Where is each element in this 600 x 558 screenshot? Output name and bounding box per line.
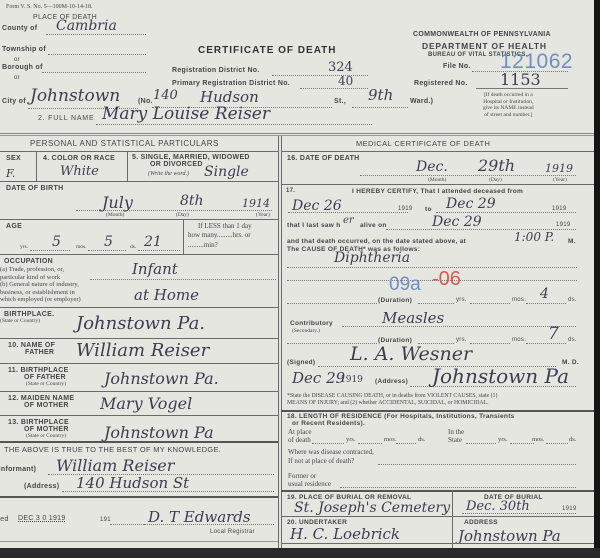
city-label: City of bbox=[2, 98, 26, 105]
registrar-label: Local Registrar bbox=[210, 529, 255, 535]
alive-on-value: Dec 29 bbox=[432, 214, 482, 230]
age-mos: 5 bbox=[104, 234, 113, 250]
alive-on-label: alive on bbox=[360, 222, 387, 229]
last-saw-label: that I last saw h bbox=[287, 222, 341, 229]
duration-2-ds: 7 bbox=[548, 324, 559, 344]
date-of-death-label: 16. DATE OF DEATH bbox=[287, 155, 360, 162]
less-than-1: If LESS than 1 day bbox=[198, 222, 252, 230]
former-residence-label: Former or bbox=[288, 472, 316, 480]
borough-label: Borough of bbox=[2, 64, 43, 71]
birthplace-label: BIRTHPLACE. bbox=[4, 311, 54, 318]
mother-birthplace-label: 13. BIRTHPLACE bbox=[8, 419, 69, 426]
attended-to: Dec 29 bbox=[446, 196, 496, 212]
footnote: *State the DISEASE CAUSING DEATH, or in … bbox=[287, 393, 497, 407]
ds-label: ds. bbox=[568, 337, 577, 343]
age-label: AGE bbox=[6, 223, 22, 230]
death-certificate: Form V. S. No. 5—100M-10-14-18. PLACE OF… bbox=[0, 0, 594, 548]
father-birthplace-value: Johnstown Pa. bbox=[104, 369, 219, 388]
father-name-label: 10. NAME OF bbox=[8, 342, 55, 349]
mos-label: mos. bbox=[532, 436, 544, 443]
signed-address-label: (Address) bbox=[375, 378, 408, 385]
occupation-a-value: Infant bbox=[132, 260, 178, 278]
marital-label: 5. SINGLE, MARRIED, WIDOWED bbox=[132, 154, 250, 161]
yrs-label: yrs. bbox=[20, 244, 28, 250]
hospital-note: [If death occurred in a Hospital or Inst… bbox=[483, 92, 534, 118]
residence-label-2: or Recent Residents). bbox=[292, 420, 365, 427]
file-no-label: File No. bbox=[443, 63, 471, 70]
primary-registration-value: 40 bbox=[338, 74, 353, 88]
less-than-3: .........min? bbox=[188, 241, 218, 249]
personal-section-title: PERSONAL AND STATISTICAL PARTICULARS bbox=[30, 139, 219, 148]
father-birthplace-label-2: OF FATHER bbox=[24, 374, 66, 381]
marital-value: Single bbox=[204, 164, 249, 180]
filed-label: Filed bbox=[0, 516, 9, 523]
last-saw-pronoun: er bbox=[343, 215, 354, 226]
physician-signature: L. A. Wesner bbox=[350, 343, 472, 365]
in-state-label: In the bbox=[448, 428, 464, 436]
filed-191: 191 bbox=[100, 517, 111, 523]
father-name-label-2: FATHER bbox=[25, 349, 54, 356]
birthplace-value: Johnstown Pa. bbox=[76, 313, 205, 334]
dod-year: 1919 bbox=[545, 162, 573, 175]
street-label: St., bbox=[334, 98, 346, 105]
duration-1-ds: 4 bbox=[540, 286, 549, 302]
ds-label: ds. bbox=[569, 436, 576, 443]
father-name-value: William Reiser bbox=[76, 340, 209, 361]
contributory-sub: (Secondary.) bbox=[292, 328, 320, 334]
signed-label: (Signed) bbox=[287, 359, 315, 366]
full-name-label: 2. FULL NAME bbox=[38, 115, 94, 122]
attended-to-year: 1919 bbox=[552, 206, 567, 212]
month-label: (Month) bbox=[428, 177, 446, 183]
scan-edge-right bbox=[594, 0, 600, 558]
dob-month: July bbox=[102, 193, 133, 212]
marital-label-2: OR DIVORCED bbox=[150, 161, 203, 168]
color-label: 4. COLOR OR RACE bbox=[43, 155, 115, 162]
age-yrs: 5 bbox=[52, 234, 61, 250]
burial-year: 1919 bbox=[562, 506, 577, 512]
medical-section-title: MEDICAL CERTIFICATE OF DEATH bbox=[356, 139, 490, 148]
or-label: or bbox=[14, 57, 20, 63]
registrar-signature: D. T Edwards bbox=[148, 508, 251, 526]
father-birthplace-sub: (State or Country) bbox=[26, 381, 66, 387]
death-time: 1:00 P. bbox=[514, 230, 554, 244]
at-place-label: At place bbox=[288, 428, 312, 436]
certificate-title: CERTIFICATE OF DEATH bbox=[198, 45, 337, 56]
attended-from: Dec 26 bbox=[292, 198, 342, 214]
informant-address-value: 140 Hudson St bbox=[76, 474, 189, 492]
yrs-label: yrs. bbox=[456, 297, 467, 303]
registered-no-value: 1153 bbox=[500, 70, 541, 89]
occupation-descriptions: (a) Trade, profession, or, particular ki… bbox=[0, 266, 81, 304]
in-state-label-2: State bbox=[448, 436, 462, 444]
day-label: (Day) bbox=[176, 212, 189, 218]
age-ds: 21 bbox=[144, 234, 162, 250]
mos-label: mos. bbox=[384, 436, 396, 443]
to-label: to bbox=[425, 206, 432, 213]
dod-day: 29th bbox=[478, 156, 515, 175]
dod-month: Dec. bbox=[416, 159, 448, 175]
former-residence-label-2: usual residence bbox=[288, 480, 331, 488]
m-label: M. bbox=[568, 238, 576, 245]
death-occurred-label: and that death occurred, on the date sta… bbox=[287, 238, 466, 245]
cause-value: Diphtheria bbox=[334, 250, 410, 266]
mos-label: mos. bbox=[512, 297, 526, 303]
dob-day: 8th bbox=[180, 193, 204, 209]
color-value: White bbox=[60, 164, 99, 179]
sex-label: SEX bbox=[6, 155, 21, 162]
day-label: (Day) bbox=[489, 177, 502, 183]
sex-value: F. bbox=[6, 167, 15, 180]
mother-name-value: Mary Vogel bbox=[100, 394, 192, 413]
dob-label: DATE OF BIRTH bbox=[6, 185, 63, 192]
mos-label: mos. bbox=[512, 337, 526, 343]
residence-label: 18. LENGTH OF RESIDENCE (For Hospitals, … bbox=[287, 413, 515, 420]
registered-no-label: Registered No. bbox=[414, 80, 468, 87]
address-label: (Address) bbox=[24, 483, 59, 490]
contributory-label: Contributory bbox=[290, 320, 333, 327]
certify-text: I HEREBY CERTIFY, That I attended deceas… bbox=[352, 188, 523, 195]
township-label: Township of bbox=[2, 46, 46, 53]
undertaker-address-label: ADDRESS bbox=[464, 519, 498, 526]
filed-date-stamp: DEC 3 0 1919 bbox=[18, 515, 66, 522]
yrs-label: yrs. bbox=[346, 436, 356, 443]
ward-label: Ward.) bbox=[410, 98, 433, 105]
mother-birthplace-label-2: OF MOTHER bbox=[24, 426, 69, 433]
mos-label: mos. bbox=[76, 244, 87, 250]
city-value: Johnstown bbox=[30, 86, 120, 106]
commonwealth-label: COMMONWEALTH OF PENNSYLVANIA bbox=[413, 31, 551, 38]
contributory-value: Measles bbox=[382, 309, 444, 327]
ds-label: ds. bbox=[568, 297, 577, 303]
duration-label: (Duration) bbox=[378, 297, 412, 304]
mother-birthplace-value: Johnstown Pa bbox=[104, 423, 214, 442]
signed-address-value: Johnstown Pa bbox=[432, 364, 569, 388]
ds-label: ds. bbox=[418, 436, 425, 443]
attended-from-year: 1919 bbox=[398, 206, 413, 212]
year-label: (Year) bbox=[256, 212, 270, 218]
classification-stamp-blue: 09a bbox=[389, 274, 421, 296]
ward-value: 9th bbox=[368, 86, 393, 104]
alive-on-year: 1919 bbox=[556, 222, 571, 228]
marital-hint: (Write the word.) bbox=[148, 171, 189, 177]
scan-edge-bottom bbox=[0, 548, 600, 558]
occupation-b-value: at Home bbox=[134, 286, 199, 304]
signed-year: 1919 bbox=[340, 375, 363, 385]
full-name-value: Mary Louise Reiser bbox=[102, 104, 270, 124]
primary-registration-label: Primary Registration District No. bbox=[172, 80, 290, 87]
mother-name-label: 12. MAIDEN NAME bbox=[8, 395, 74, 402]
mother-name-label-2: OF MOTHER bbox=[24, 402, 69, 409]
signed-date: Dec 29 bbox=[292, 369, 345, 387]
dob-year: 1914 bbox=[242, 197, 270, 210]
county-value: Cambria bbox=[56, 18, 117, 34]
certify-number: 17. bbox=[286, 188, 295, 194]
burial-date-value: Dec. 30th bbox=[466, 499, 530, 514]
street-no-value: 140 bbox=[153, 88, 178, 103]
burial-place-value: St. Joseph's Cemetery bbox=[294, 500, 450, 516]
or-label: or bbox=[14, 75, 20, 81]
contracted-label-2: If not at place of death? bbox=[288, 457, 354, 465]
registration-district-value: 324 bbox=[328, 60, 353, 75]
father-birthplace-label: 11. BIRTHPLACE bbox=[8, 367, 69, 374]
county-label: County of bbox=[2, 25, 37, 32]
mother-birthplace-sub: (State or Country) bbox=[26, 433, 66, 439]
occupation-label: OCCUPATION bbox=[4, 258, 53, 265]
month-label: (Month) bbox=[106, 212, 124, 218]
yrs-label: yrs. bbox=[498, 436, 508, 443]
undertaker-value: H. C. Loebrick bbox=[290, 525, 400, 543]
informant-label: (Informant) bbox=[0, 466, 36, 473]
registration-district-label: Registration District No. bbox=[172, 67, 260, 74]
informant-value: William Reiser bbox=[56, 456, 174, 475]
at-place-label-2: of death bbox=[288, 436, 311, 444]
true-statement: THE ABOVE IS TRUE TO THE BEST OF MY KNOW… bbox=[4, 445, 221, 454]
classification-stamp-red: -06 bbox=[432, 268, 461, 291]
contracted-label: Where was disease contracted, bbox=[288, 448, 374, 456]
year-label: (Year) bbox=[553, 177, 567, 183]
birthplace-sub: (State or Country) bbox=[0, 318, 40, 324]
less-than-2: how many.........hrs. or bbox=[188, 231, 251, 239]
ds-label: ds. bbox=[130, 244, 136, 250]
form-number: Form V. S. No. 5—100M-10-14-18. bbox=[6, 4, 92, 10]
